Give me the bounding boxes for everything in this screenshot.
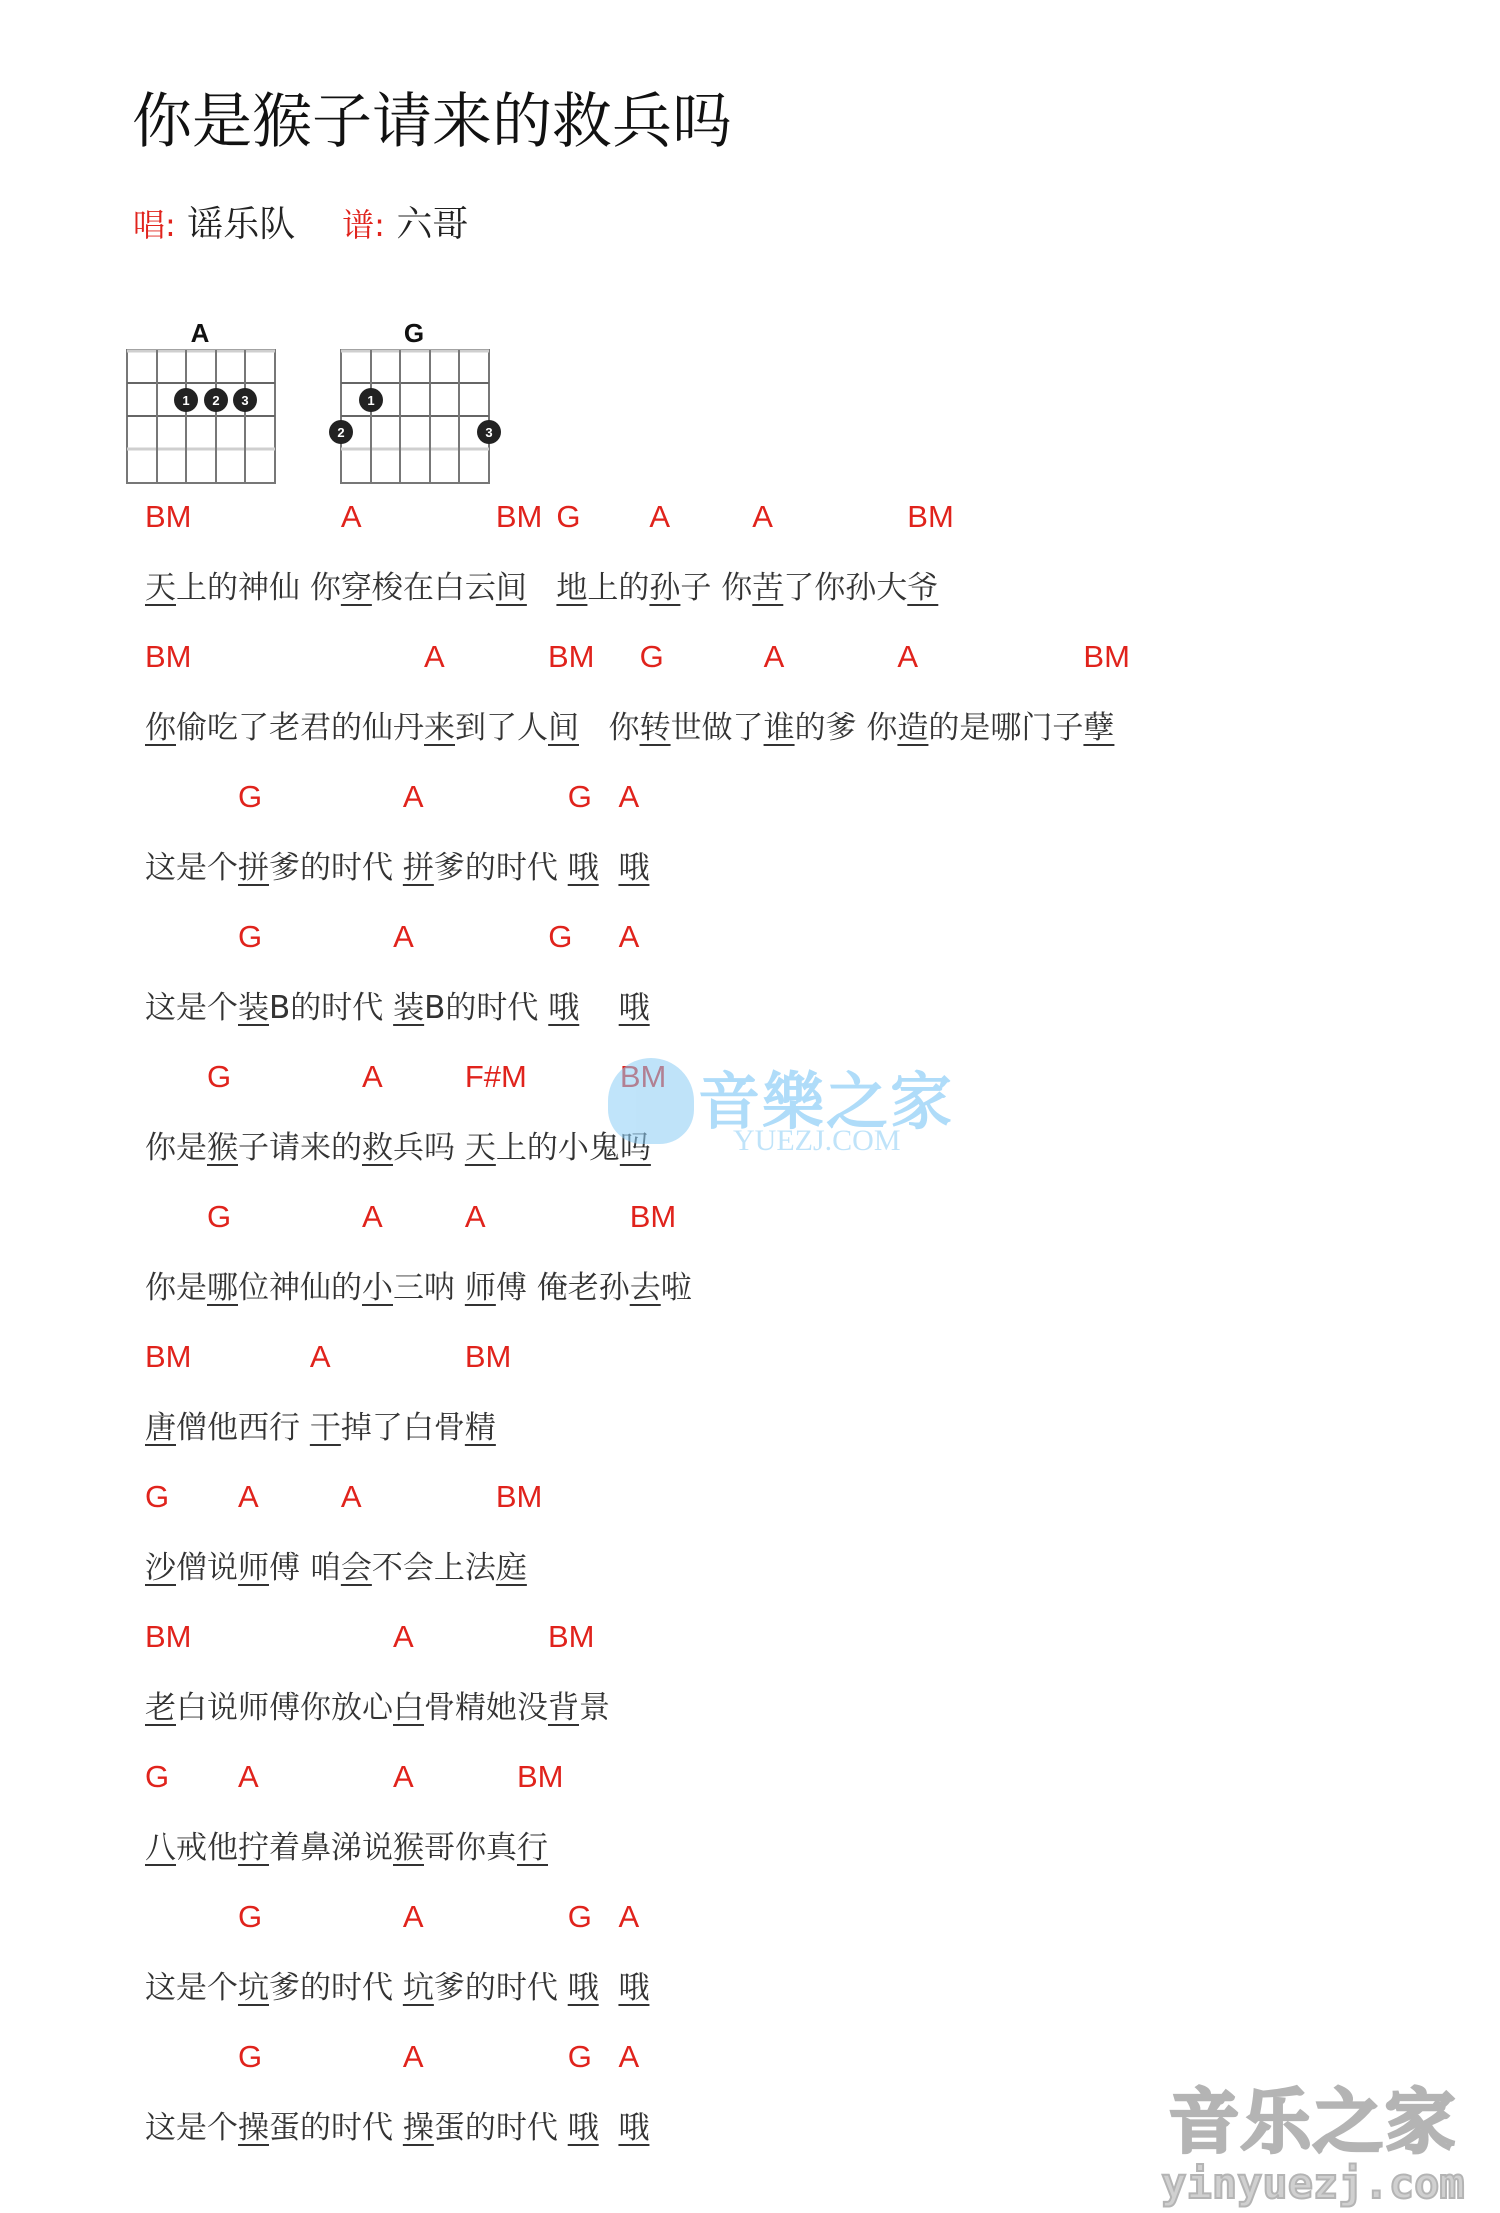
- chord-label: A: [362, 1060, 383, 1094]
- lyric-text: 猴哥你真: [393, 1826, 517, 1870]
- chord-anchor-char: 坑: [238, 1970, 269, 2006]
- lyric-text: 坑爹的时代: [403, 1966, 568, 2010]
- lyric-segment: G八戒他八戒他: [145, 1760, 238, 1900]
- lyric-segment: BM老白说师傅你放心老白说师傅你放心: [145, 1620, 393, 1760]
- lyric-segment: G装B的时代 装B的时代: [238, 920, 393, 1060]
- lyric-text: 你是: [145, 1266, 207, 1310]
- lyric-text: 孽: [1083, 706, 1114, 750]
- lyric-segment: BM间 你间 你: [548, 640, 640, 780]
- chord-label: A: [752, 500, 773, 534]
- lyric-rest: 位神仙的: [238, 1270, 362, 1306]
- chord-anchor-char: 哪: [207, 1270, 238, 1306]
- svg-text:1: 1: [367, 393, 374, 408]
- chord-label: A: [341, 500, 362, 534]
- chord-anchor-char: 爷: [907, 570, 938, 606]
- chord-label: G: [145, 1480, 169, 1514]
- chord-anchor-char: 拼: [403, 850, 434, 886]
- chord-anchor-char: 天: [465, 1130, 496, 1166]
- fretboard-grid-icon: 1 2 3: [324, 318, 504, 498]
- lyric-rest: 爹的时代: [269, 850, 403, 886]
- lyric-rest: 爹的时代: [269, 1970, 403, 2006]
- lyric-line: BM天上的神仙 你天上的神仙 你A穿梭在白云穿梭在白云BM间 间 G地上的地上的…: [145, 500, 1114, 640]
- song-meta: 唱: 谣乐队 谱: 六哥: [133, 200, 468, 250]
- chord-anchor-char: 装: [238, 990, 269, 1026]
- lyric-rest: 僧他西行: [176, 1410, 310, 1446]
- lyric-segment: G哦 哦: [568, 780, 619, 920]
- chord-anchor-char: 苦: [752, 570, 783, 606]
- lyric-text: 这是个: [145, 986, 238, 1030]
- chord-label: G: [548, 920, 572, 954]
- lyric-rest: 上的小鬼: [496, 1130, 620, 1166]
- chord-label: BM: [548, 640, 595, 674]
- lyric-text: 哦: [618, 2106, 649, 2150]
- lyric-text: 拼爹的时代: [238, 846, 403, 890]
- lyric-text: 穿梭在白云: [341, 566, 496, 610]
- chord-label: A: [403, 1900, 424, 1934]
- chord-anchor-char: 哦: [618, 850, 649, 886]
- lyric-segment: A救兵吗 救兵吗: [362, 1060, 465, 1200]
- chord-anchor-char: 造: [897, 710, 928, 746]
- lyric-text: 苦了你孙大: [752, 566, 907, 610]
- chord-anchor-char: 八: [145, 1830, 176, 1866]
- lyric-segment: G哦 哦: [548, 920, 618, 1060]
- lyric-segment: A哦哦: [618, 780, 649, 920]
- lyric-text: 孙子 你: [649, 566, 752, 610]
- lyric-rest: 着鼻涕说: [269, 1830, 393, 1866]
- lyric-segment: A哦哦: [619, 920, 650, 1060]
- chord-anchor-char: 精: [465, 1410, 496, 1446]
- lyric-segment: BM庭庭: [496, 1480, 527, 1620]
- chord-anchor-char: 庭: [496, 1550, 527, 1586]
- chord-label: G: [556, 500, 580, 534]
- chord-label: A: [310, 1340, 331, 1374]
- lyric-segment: BM行行: [517, 1760, 548, 1900]
- lyric-segment: A造的是哪门子造的是哪门子: [897, 640, 1083, 780]
- lyric-segment: BM孽孽: [1083, 640, 1114, 780]
- lyric-segment: 这是个这是个: [145, 1900, 238, 2040]
- chord-anchor-char: 哦: [568, 1970, 599, 2006]
- chord-anchor-char: 行: [517, 1830, 548, 1866]
- chord-label: A: [619, 920, 640, 954]
- chord-anchor-char: 去: [630, 1270, 661, 1306]
- lyric-text: 操蛋的时代: [238, 2106, 403, 2150]
- chord-anchor-char: 会: [341, 1550, 372, 1586]
- lyric-text: 救兵吗: [362, 1126, 465, 1170]
- chord-label: A: [618, 2040, 639, 2074]
- chord-label: A: [424, 640, 445, 674]
- lyric-segment: BM天上的神仙 你天上的神仙 你: [145, 500, 341, 640]
- lyric-segment: BM间 间: [496, 500, 557, 640]
- watermark-corner-en: yinyuezj.com: [1138, 2162, 1488, 2206]
- chord-diagram-g: G 1 2 3: [324, 318, 504, 498]
- lyric-text: 白骨精她没: [393, 1686, 548, 1730]
- lyric-rest: 蛋的时代: [434, 2110, 568, 2146]
- chord-label: BM: [620, 1060, 667, 1094]
- lyric-segment: A会不会上法会不会上法: [341, 1480, 496, 1620]
- chord-anchor-char: 操: [238, 2110, 269, 2146]
- chord-anchor-char: 师: [238, 1550, 269, 1586]
- lyric-rest: 梭在白云: [372, 570, 496, 606]
- chord-label: BM: [145, 1340, 192, 1374]
- chord-anchor-char: 间: [548, 710, 579, 746]
- lyric-rest: 的爹 你: [795, 710, 898, 746]
- lyric-rest: 兵吗: [393, 1130, 465, 1166]
- watermark-corner: 音乐之家 yinyuezj.com: [1138, 2082, 1488, 2207]
- lyric-line: G沙僧说沙僧说A师傅 咱师傅 咱A会不会上法会不会上法BM庭庭: [145, 1480, 1114, 1620]
- lyric-rest: 你是: [145, 1270, 207, 1306]
- chord-anchor-char: 谁: [764, 710, 795, 746]
- lyric-segment: BM吗吗: [620, 1060, 651, 1200]
- lyric-segment: A穿梭在白云穿梭在白云: [341, 500, 496, 640]
- lyric-line: BM唐僧他西行 唐僧他西行 A干掉了白骨干掉了白骨BM精精: [145, 1340, 1114, 1480]
- lyric-segment: A孙子 你孙子 你: [649, 500, 752, 640]
- lyric-segment: BM唐僧他西行 唐僧他西行: [145, 1340, 310, 1480]
- chord-anchor-char: 白: [393, 1690, 424, 1726]
- lyric-rest: [579, 990, 618, 1026]
- lyric-text: 去啦: [630, 1266, 692, 1310]
- lyric-text: 谁的爹 你: [764, 706, 898, 750]
- lyric-segment: BM爷爷: [907, 500, 938, 640]
- chord-label: BM: [517, 1760, 564, 1794]
- chord-anchor-char: 吗: [620, 1130, 651, 1166]
- lyric-segment: 你是你是: [145, 1060, 207, 1200]
- lyric-rest: 戒他: [176, 1830, 238, 1866]
- lyric-line: BM老白说师傅你放心老白说师傅你放心A白骨精她没白骨精她没BM背景背景: [145, 1620, 1114, 1760]
- lyric-line: 这是个这是个G操蛋的时代 操蛋的时代 A操蛋的时代 操蛋的时代 G哦 哦 A哦哦: [145, 2040, 1114, 2180]
- chord-anchor-char: 猴: [393, 1830, 424, 1866]
- lyric-segment: 这是个这是个: [145, 920, 238, 1060]
- lyric-text: 装B的时代: [393, 986, 548, 1030]
- lyric-text: 这是个: [145, 2106, 238, 2150]
- singer-label: 唱:: [133, 206, 176, 244]
- lyric-text: 爷: [907, 566, 938, 610]
- lyric-text: 你是: [145, 1126, 207, 1170]
- lyric-segment: 这是个这是个: [145, 2040, 238, 2180]
- chord-label: G: [207, 1060, 231, 1094]
- chord-anchor-char: 孽: [1083, 710, 1114, 746]
- lyric-rest: 上的神仙 你: [176, 570, 341, 606]
- lyric-rest: 爹的时代: [434, 850, 568, 886]
- lyric-text: 唐僧他西行: [145, 1406, 310, 1450]
- song-title: 你是猴子请来的救兵吗: [132, 84, 732, 160]
- lyric-text: 精: [465, 1406, 496, 1450]
- svg-text:2: 2: [337, 425, 344, 440]
- chord-label: A: [238, 1760, 259, 1794]
- lyric-segment: BM背景背景: [548, 1620, 610, 1760]
- chord-label: G: [238, 1900, 262, 1934]
- lyric-rest: 啦: [661, 1270, 692, 1306]
- svg-text:1: 1: [182, 393, 189, 408]
- lyric-segment: A拼爹的时代 拼爹的时代: [403, 780, 568, 920]
- chord-anchor-char: 师: [465, 1270, 496, 1306]
- chord-label: BM: [907, 500, 954, 534]
- chord-anchor-char: 小: [362, 1270, 393, 1306]
- lyric-rest: 偷吃了老君的仙丹: [176, 710, 424, 746]
- lyric-rest: 了你孙大: [783, 570, 907, 606]
- lyric-text: 干掉了白骨: [310, 1406, 465, 1450]
- chord-label: G: [145, 1760, 169, 1794]
- lyric-text: 沙僧说: [145, 1546, 238, 1590]
- chord-label: BM: [630, 1200, 677, 1234]
- svg-text:3: 3: [241, 393, 248, 408]
- lyric-rest: 蛋的时代: [269, 2110, 403, 2146]
- arranger-label: 谱:: [342, 206, 385, 244]
- lyric-text: 行: [517, 1826, 548, 1870]
- lyric-rest: [599, 850, 619, 886]
- lyric-segment: A哦哦: [618, 1900, 649, 2040]
- lyric-segment: F#M天上的小鬼天上的小鬼: [465, 1060, 620, 1200]
- lyric-text: 拼爹的时代: [403, 846, 568, 890]
- chord-label: G: [207, 1200, 231, 1234]
- chord-anchor-char: 拧: [238, 1830, 269, 1866]
- chord-anchor-char: 猴: [207, 1130, 238, 1166]
- lyric-line: 你是你是G猴子请来的猴子请来的A救兵吗 救兵吗 F#M天上的小鬼天上的小鬼BM吗…: [145, 1060, 1114, 1200]
- chord-label: G: [568, 1900, 592, 1934]
- lyric-text: 间 你: [548, 706, 640, 750]
- lyric-text: 吗: [620, 1126, 651, 1170]
- lyric-text: 操蛋的时代: [403, 2106, 568, 2150]
- lyric-segment: G沙僧说沙僧说: [145, 1480, 238, 1620]
- lyric-segment: A拧着鼻涕说拧着鼻涕说: [238, 1760, 393, 1900]
- chord-anchor-char: 间: [496, 570, 527, 606]
- chord-label: A: [362, 1200, 383, 1234]
- lyric-segment: G猴子请来的猴子请来的: [207, 1060, 362, 1200]
- lyric-rest: 僧说: [176, 1550, 238, 1586]
- lyric-text: 哦: [618, 1966, 649, 2010]
- lyric-segment: A谁的爹 你谁的爹 你: [764, 640, 898, 780]
- lyric-rest: 上的: [587, 570, 649, 606]
- chord-label: G: [568, 2040, 592, 2074]
- lyric-rest: 你: [579, 710, 640, 746]
- lyric-text: 坑爹的时代: [238, 1966, 403, 2010]
- chord-anchor-char: 救: [362, 1130, 393, 1166]
- lyric-rest: 白说师傅你放心: [176, 1690, 393, 1726]
- chord-label: A: [618, 780, 639, 814]
- lyric-segment: A操蛋的时代 操蛋的时代: [403, 2040, 568, 2180]
- chord-anchor-char: 天: [145, 570, 176, 606]
- lyric-segment: G坑爹的时代 坑爹的时代: [238, 1900, 403, 2040]
- lyric-text: 小三呐: [362, 1266, 465, 1310]
- lyric-rest: B的时代: [269, 990, 393, 1026]
- chord-label: G: [238, 780, 262, 814]
- lyric-segment: G哪位神仙的哪位神仙的: [207, 1200, 362, 1340]
- lyric-segment: G转世做了转世做了: [640, 640, 764, 780]
- lyric-rest: [599, 1970, 619, 2006]
- lyric-rest: 掉了白骨: [341, 1410, 465, 1446]
- lyric-text: 天上的神仙 你: [145, 566, 341, 610]
- lyric-segment: BM去啦去啦: [630, 1200, 692, 1340]
- lyric-segment: G哦 哦: [568, 2040, 619, 2180]
- lyric-rest: B的时代: [424, 990, 548, 1026]
- chord-label: BM: [465, 1340, 512, 1374]
- lyric-rest: 世做了: [671, 710, 764, 746]
- chord-label: BM: [145, 640, 192, 674]
- lyric-text: 装B的时代: [238, 986, 393, 1030]
- lyric-segment: BM精精: [465, 1340, 496, 1480]
- lyric-text: 转世做了: [640, 706, 764, 750]
- lyric-text: 师傅 咱: [238, 1546, 341, 1590]
- lyric-text: 哦: [568, 846, 619, 890]
- chord-anchor-char: 背: [548, 1690, 579, 1726]
- chord-anchor-char: 来: [424, 710, 455, 746]
- lyric-rest: 傅 俺老孙: [496, 1270, 630, 1306]
- lyric-segment: A师傅 俺老孙师傅 俺老孙: [465, 1200, 630, 1340]
- lyric-text: 哦: [548, 986, 618, 1030]
- lyric-rest: 子请来的: [238, 1130, 362, 1166]
- chord-anchor-char: 装: [393, 990, 424, 1026]
- lyric-text: 老白说师傅你放心: [145, 1686, 393, 1730]
- lyric-text: 庭: [496, 1546, 527, 1590]
- chord-anchor-char: 老: [145, 1690, 176, 1726]
- chord-anchor-char: 穿: [341, 570, 372, 606]
- chord-label: A: [465, 1200, 486, 1234]
- chord-anchor-char: 转: [640, 710, 671, 746]
- lyric-text: 哦: [568, 2106, 619, 2150]
- lyric-rest: 这是个: [145, 990, 238, 1026]
- lyric-rest: 骨精她没: [424, 1690, 548, 1726]
- lyric-line: G八戒他八戒他A拧着鼻涕说拧着鼻涕说A猴哥你真猴哥你真BM行行: [145, 1760, 1114, 1900]
- fretboard-grid-icon: 1 2 3: [110, 318, 290, 498]
- chord-anchor-char: 哦: [618, 1970, 649, 2006]
- chord-label: G: [568, 780, 592, 814]
- chord-anchor-char: 孙: [649, 570, 680, 606]
- lyric-text: 你偷吃了老君的仙丹: [145, 706, 424, 750]
- lyric-segment: A小三呐 小三呐: [362, 1200, 465, 1340]
- lyric-rest: 爹的时代: [434, 1970, 568, 2006]
- lyric-rest: 的是哪门子: [928, 710, 1083, 746]
- chord-anchor-char: 哦: [568, 850, 599, 886]
- lyric-segment: A哦哦: [618, 2040, 649, 2180]
- chord-label: A: [393, 1620, 414, 1654]
- lyric-rest: 这是个: [145, 850, 238, 886]
- lyric-segment: A猴哥你真猴哥你真: [393, 1760, 517, 1900]
- lyric-text: 八戒他: [145, 1826, 238, 1870]
- chord-label: BM: [145, 500, 192, 534]
- chord-anchor-char: 哦: [619, 990, 650, 1026]
- lyric-segment: A师傅 咱师傅 咱: [238, 1480, 341, 1620]
- lyric-rest: 子 你: [680, 570, 752, 606]
- chord-label: A: [341, 1480, 362, 1514]
- chord-diagram-a: A 1 2 3: [110, 318, 290, 498]
- chord-label: A: [238, 1480, 259, 1514]
- chord-anchor-char: 哦: [548, 990, 579, 1026]
- singer-name: 谣乐队: [187, 204, 295, 245]
- chord-anchor-char: 哦: [568, 2110, 599, 2146]
- lyric-segment: 这是个这是个: [145, 780, 238, 920]
- chord-label: BM: [1083, 640, 1130, 674]
- lyric-segment: A干掉了白骨干掉了白骨: [310, 1340, 465, 1480]
- chord-anchor-char: 唐: [145, 1410, 176, 1446]
- lyric-rest: 这是个: [145, 2110, 238, 2146]
- lyric-rest: 不会上法: [372, 1550, 496, 1586]
- lyric-rest: 到了人: [455, 710, 548, 746]
- lyric-rest: 景: [579, 1690, 610, 1726]
- lyric-text: 会不会上法: [341, 1546, 496, 1590]
- chord-label: BM: [548, 1620, 595, 1654]
- lyric-segment: A来到了人来到了人: [424, 640, 548, 780]
- lyric-line: 这是个这是个G拼爹的时代 拼爹的时代 A拼爹的时代 拼爹的时代 G哦 哦 A哦哦: [145, 780, 1114, 920]
- lyric-segment: BM你偷吃了老君的仙丹你偷吃了老君的仙丹: [145, 640, 424, 780]
- lyric-text: 师傅 俺老孙: [465, 1266, 630, 1310]
- lyric-text: 来到了人: [424, 706, 548, 750]
- chord-anchor-char: 拼: [238, 850, 269, 886]
- lyric-line: BM你偷吃了老君的仙丹你偷吃了老君的仙丹A来到了人来到了人BM间 你间 你G转世…: [145, 640, 1114, 780]
- lyric-text: 天上的小鬼: [465, 1126, 620, 1170]
- lyric-rest: 哥你真: [424, 1830, 517, 1866]
- lyric-segment: G拼爹的时代 拼爹的时代: [238, 780, 403, 920]
- svg-text:3: 3: [485, 425, 492, 440]
- lyric-text: 哦: [568, 1966, 619, 2010]
- lyric-text: 哪位神仙的: [207, 1266, 362, 1310]
- lyric-segment: A装B的时代 装B的时代: [393, 920, 548, 1060]
- lyric-text: 猴子请来的: [207, 1126, 362, 1170]
- lyric-rest: 三呐: [393, 1270, 465, 1306]
- chord-label: G: [238, 2040, 262, 2074]
- arranger-name: 六哥: [396, 204, 468, 245]
- chord-anchor-char: 地: [556, 570, 587, 606]
- lyric-segment: G操蛋的时代 操蛋的时代: [238, 2040, 403, 2180]
- chord-label: A: [897, 640, 918, 674]
- lyric-line: 你是你是G哪位神仙的哪位神仙的A小三呐 小三呐 A师傅 俺老孙师傅 俺老孙BM去…: [145, 1200, 1114, 1340]
- lyric-text: 哦: [618, 846, 649, 890]
- watermark-corner-cn: 音乐之家: [1138, 2082, 1488, 2162]
- chord-label: F#M: [465, 1060, 527, 1094]
- chord-label: A: [403, 780, 424, 814]
- lyric-text: 造的是哪门子: [897, 706, 1083, 750]
- lyric-segment: 你是你是: [145, 1200, 207, 1340]
- chord-label: BM: [496, 1480, 543, 1514]
- chord-anchor-char: 操: [403, 2110, 434, 2146]
- lyric-segment: A白骨精她没白骨精她没: [393, 1620, 548, 1760]
- lyric-text: 地上的: [556, 566, 649, 610]
- lyric-line: 这是个这是个G坑爹的时代 坑爹的时代 A坑爹的时代 坑爹的时代 G哦 哦 A哦哦: [145, 1900, 1114, 2040]
- chord-label: BM: [496, 500, 543, 534]
- lyric-segment: G哦 哦: [568, 1900, 619, 2040]
- lyric-rest: [527, 570, 557, 606]
- svg-text:2: 2: [212, 393, 219, 408]
- chord-label: A: [393, 1760, 414, 1794]
- lyric-text: 这是个: [145, 846, 238, 890]
- lyric-segment: A苦了你孙大苦了你孙大: [752, 500, 907, 640]
- lyric-rest: 这是个: [145, 1970, 238, 2006]
- chord-anchor-char: 你: [145, 710, 176, 746]
- lyric-text: 背景: [548, 1686, 610, 1730]
- chord-anchor-char: 哦: [618, 2110, 649, 2146]
- lyric-segment: A坑爹的时代 坑爹的时代: [403, 1900, 568, 2040]
- lyric-text: 这是个: [145, 1966, 238, 2010]
- lyric-rest: 傅 咱: [269, 1550, 341, 1586]
- chord-label: G: [640, 640, 664, 674]
- lyrics-sheet: BM天上的神仙 你天上的神仙 你A穿梭在白云穿梭在白云BM间 间 G地上的地上的…: [145, 500, 1114, 2180]
- chord-label: A: [403, 2040, 424, 2074]
- chord-label: A: [618, 1900, 639, 1934]
- chord-label: BM: [145, 1620, 192, 1654]
- lyric-segment: G地上的地上的: [556, 500, 649, 640]
- lyric-line: 这是个这是个G装B的时代 装B的时代 A装B的时代 装B的时代 G哦 哦 A哦哦: [145, 920, 1114, 1060]
- chord-label: A: [393, 920, 414, 954]
- chord-anchor-char: 干: [310, 1410, 341, 1446]
- chord-label: G: [238, 920, 262, 954]
- lyric-text: 间: [496, 566, 557, 610]
- lyric-rest: [599, 2110, 619, 2146]
- chord-label: A: [764, 640, 785, 674]
- lyric-rest: 你是: [145, 1130, 207, 1166]
- chord-anchor-char: 沙: [145, 1550, 176, 1586]
- lyric-text: 拧着鼻涕说: [238, 1826, 393, 1870]
- lyric-text: 哦: [619, 986, 650, 1030]
- chord-label: A: [649, 500, 670, 534]
- chord-anchor-char: 坑: [403, 1970, 434, 2006]
